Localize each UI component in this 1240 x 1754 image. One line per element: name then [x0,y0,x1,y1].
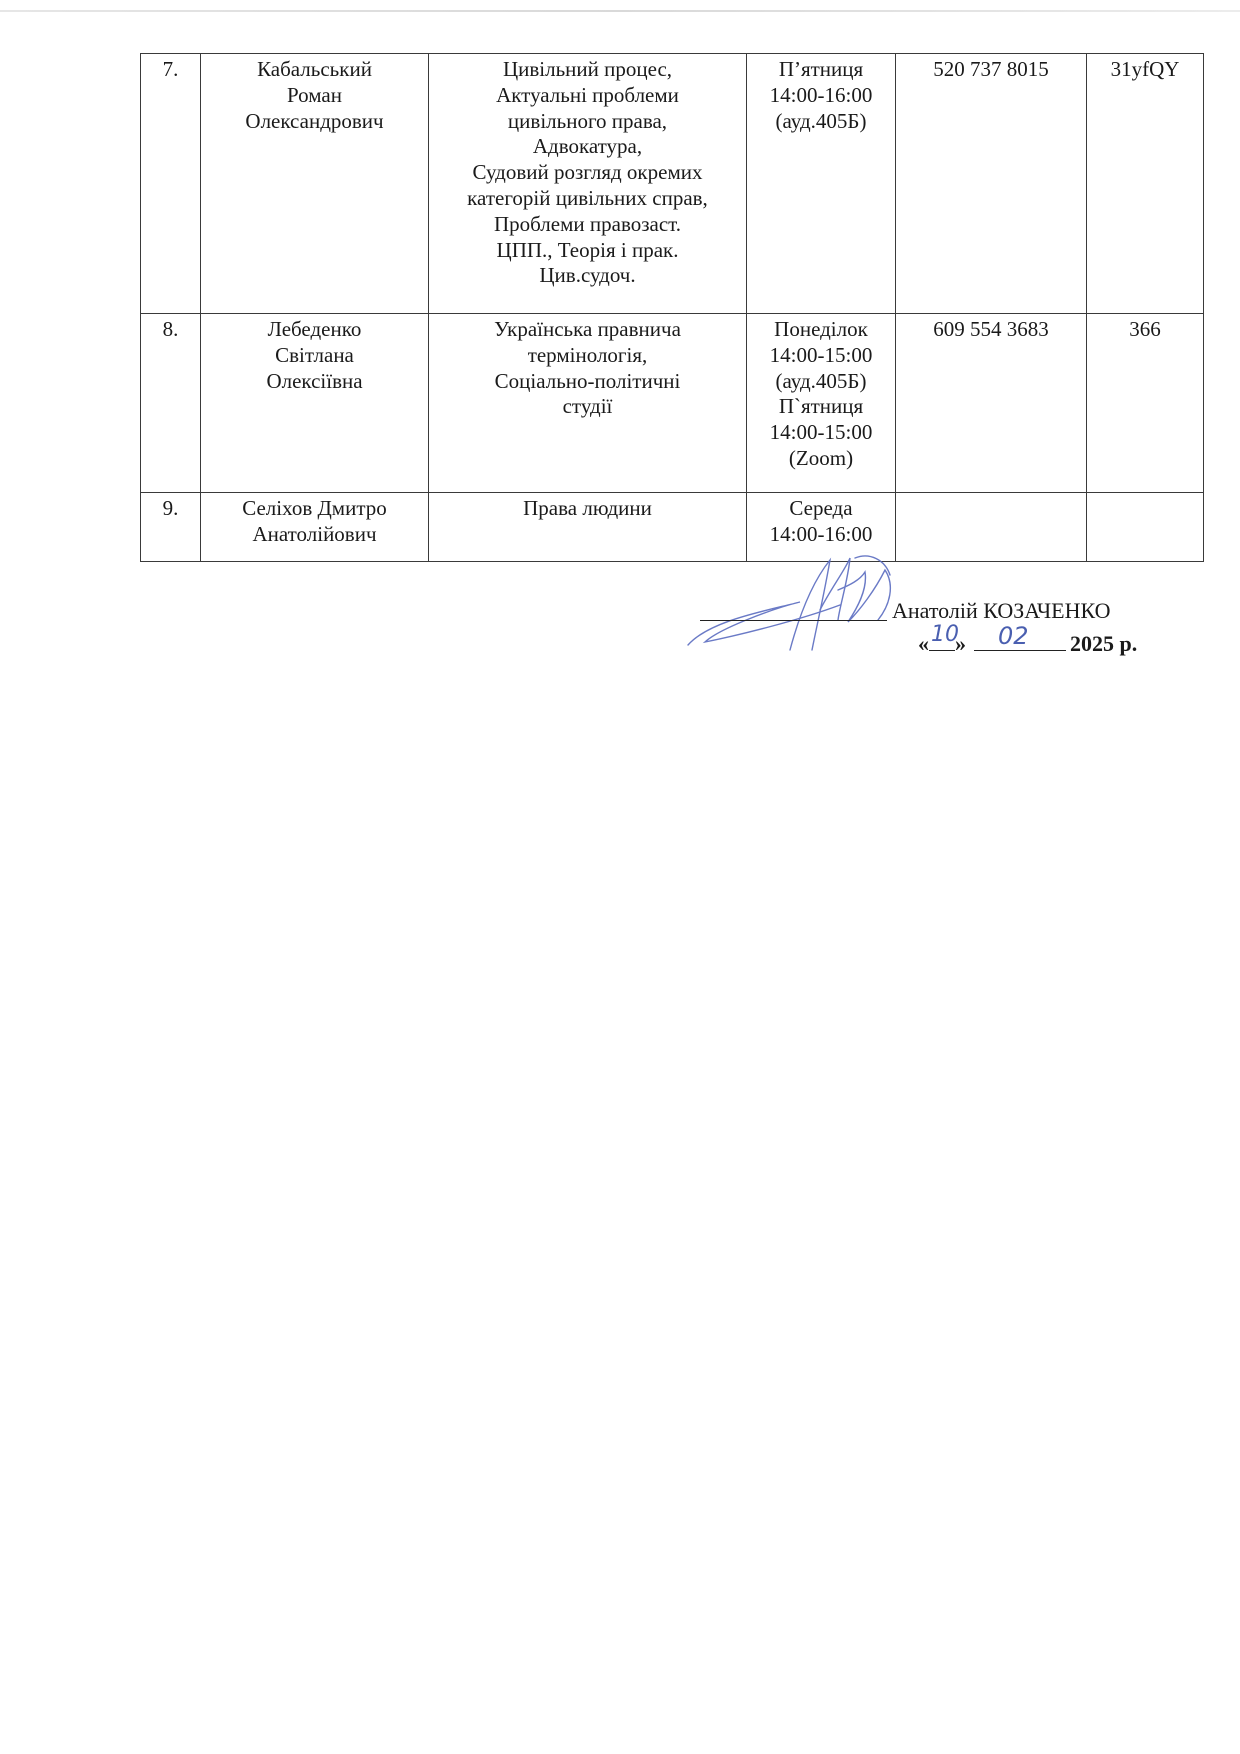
zoom-code [1087,493,1204,562]
table-row: 8. Лебеденко Світлана Олексіївна Українс… [141,314,1204,493]
date-year: 2025 р. [1070,631,1137,656]
teacher-name: Кабальський Роман Олександрович [201,54,429,314]
approval-date: «10»022025 р. [918,630,1137,657]
handwritten-signature-icon [680,550,920,660]
subjects: Цивільний процес, Актуальні проблеми цив… [429,54,747,314]
scan-edge [0,10,1240,12]
teacher-name: Лебеденко Світлана Олексіївна [201,314,429,493]
zoom-id: 520 737 8015 [896,54,1087,314]
consultation-time: П’ятниця 14:00-16:00 (ауд.405Б) [747,54,896,314]
date-month: 02 [998,622,1029,650]
signer-name: Анатолій КОЗАЧЕНКО [892,598,1110,624]
subjects: Українська правнича термінологія, Соціал… [429,314,747,493]
table-row: 9. Селіхов Дмитро Анатолійович Права люд… [141,493,1204,562]
approval-signature-block: Анатолій КОЗАЧЕНКО «10»022025 р. [680,580,1240,670]
date-day: 10 [931,622,959,647]
zoom-id [896,493,1087,562]
teacher-name: Селіхов Дмитро Анатолійович [201,493,429,562]
row-number: 7. [141,54,201,314]
zoom-id: 609 554 3683 [896,314,1087,493]
row-number: 8. [141,314,201,493]
row-number: 9. [141,493,201,562]
date-open-quote: « [918,631,929,656]
date-day-blank: 10 [929,630,955,651]
consultation-schedule-table: 7. Кабальський Роман Олександрович Цивіл… [140,53,1204,562]
zoom-code: 366 [1087,314,1204,493]
table-row: 7. Кабальський Роман Олександрович Цивіл… [141,54,1204,314]
zoom-code: 31yfQY [1087,54,1204,314]
subjects: Права людини [429,493,747,562]
consultation-time: Середа 14:00-16:00 [747,493,896,562]
date-month-blank: 02 [974,630,1066,651]
consultation-time: Понеділок 14:00-15:00 (ауд.405Б) П`ятниц… [747,314,896,493]
signature-line [700,620,887,621]
